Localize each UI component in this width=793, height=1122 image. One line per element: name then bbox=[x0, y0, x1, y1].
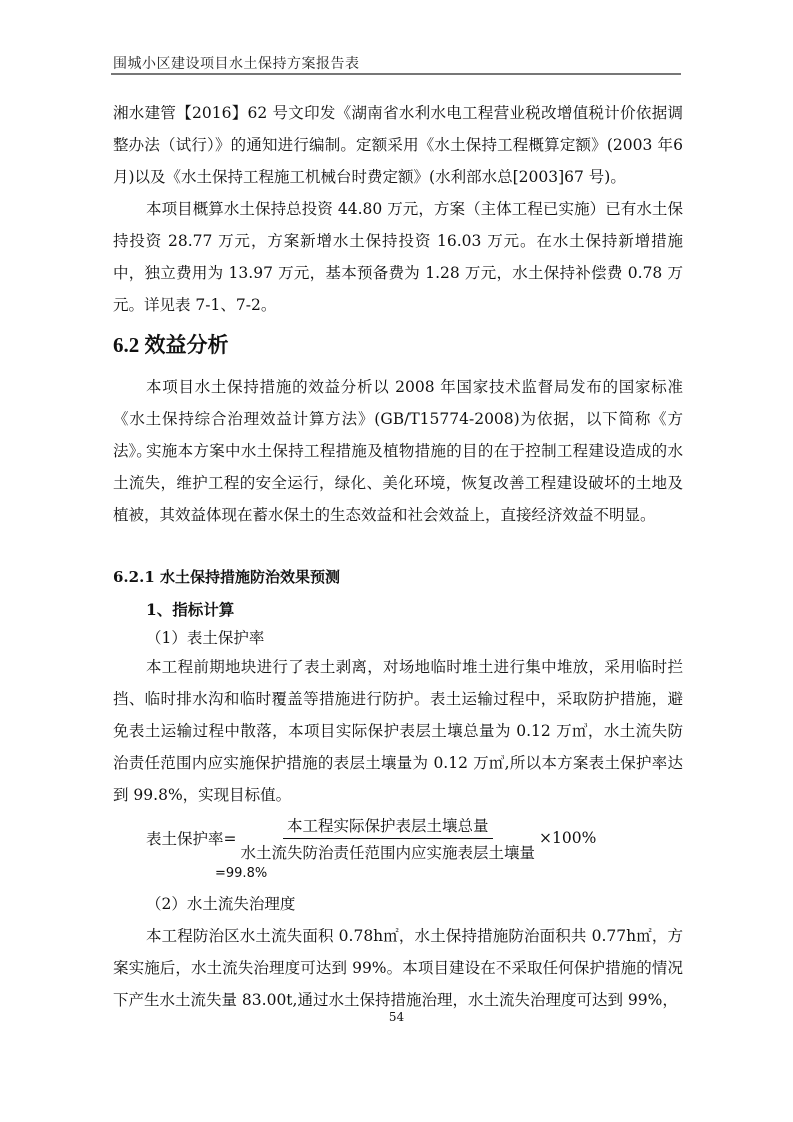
paragraph-erosion-control: 本工程防治区水土流失面积 0.78h㎡，水土保持措施防治面积共 0.77h㎡，方… bbox=[113, 920, 683, 1016]
subsection-heading-6-2-1: 6.2.1 水土保持措施防治效果预测 bbox=[113, 566, 340, 587]
paragraph-investment: 本项目概算水土保持总投资 44.80 万元，方案（主体工程已实施）已有水土保持投… bbox=[113, 193, 683, 321]
section-heading-6-2: 6.2 效益分析 bbox=[113, 329, 229, 359]
formula-denominator: 水土流失防治责任范围内应实施表层土壤量 bbox=[241, 839, 536, 863]
formula-numerator: 本工程实际保护表层土壤总量 bbox=[283, 814, 493, 839]
item-heading-topsoil-rate: （1）表土保护率 bbox=[146, 626, 646, 648]
formula-lhs: 表土保护率= bbox=[146, 827, 237, 849]
item-heading-erosion-control: （2）水土流失治理度 bbox=[146, 892, 646, 914]
document-page: 围城小区建设项目水土保持方案报告表 湘水建管【2016】62 号文印发《湖南省水… bbox=[0, 0, 793, 1122]
header-divider bbox=[111, 73, 681, 75]
formula-fraction: 本工程实际保护表层土壤总量 水土流失防治责任范围内应实施表层土壤量 bbox=[241, 814, 536, 863]
formula-result: =99.8% bbox=[215, 866, 267, 881]
topsoil-formula: 表土保护率= 本工程实际保护表层土壤总量 水土流失防治责任范围内应实施表层土壤量… bbox=[146, 815, 596, 861]
paragraph-benefit-purpose: 实施本方案中水土保持工程措施及植物措施的目的在于控制工程建设造成的水土流失，维护… bbox=[113, 435, 683, 531]
paragraph-budget-basis: 湘水建管【2016】62 号文印发《湖南省水利水电工程营业税改增值税计价依据调整… bbox=[113, 97, 683, 193]
paragraph-topsoil: 本工程前期地块进行了表土剥离，对场地临时堆土进行集中堆放，采用临时拦挡、临时排水… bbox=[113, 651, 683, 811]
item-heading-index-calc: 1、指标计算 bbox=[146, 598, 234, 620]
page-number: 54 bbox=[0, 1010, 793, 1024]
running-header: 围城小区建设项目水土保持方案报告表 bbox=[113, 53, 360, 73]
formula-multiplier: ×100% bbox=[539, 829, 596, 847]
